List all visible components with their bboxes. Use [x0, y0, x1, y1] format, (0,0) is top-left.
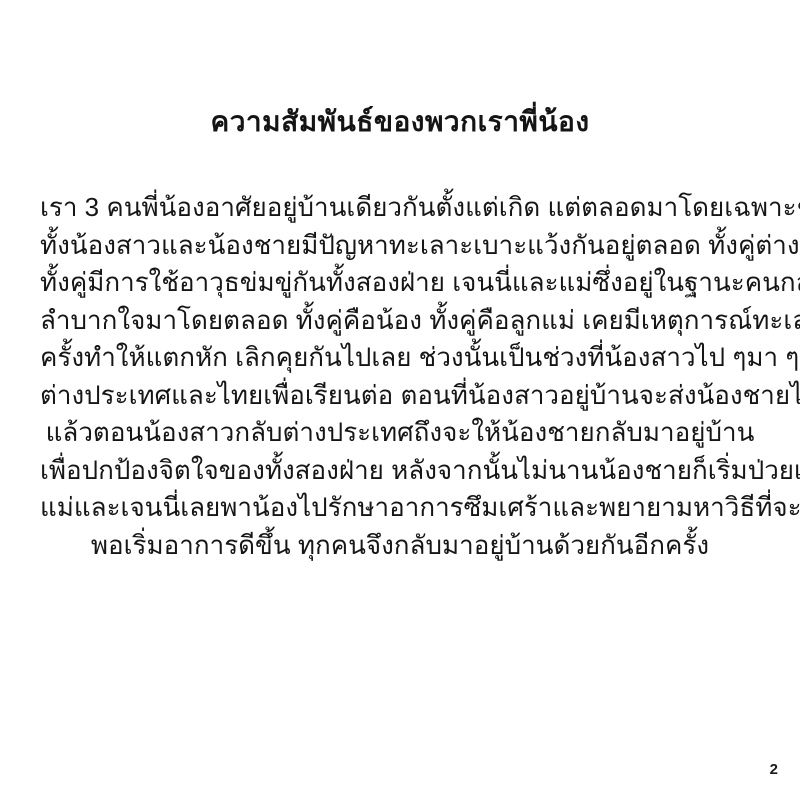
body-line: แม่และเจนนี่เลยพาน้องไปรักษาอาการซึมเศร้…: [40, 489, 760, 527]
body-line: พอเริ่มอาการดีขึ้น ทุกคนจึงกลับมาอยู่บ้า…: [40, 527, 760, 565]
document-page: ความสัมพันธ์ของพวกเราพี่น้อง เรา 3 คนพี่…: [0, 0, 800, 800]
body-line: ต่างประเทศและไทยเพื่อเรียนต่อ ตอนที่น้อง…: [40, 377, 760, 415]
body-line: เพื่อปกป้องจิตใจของทั้งสองฝ่าย หลังจากนั…: [40, 452, 760, 490]
body-line: ลำบากใจมาโดยตลอด ทั้งคู่คือน้อง ทั้งคู่ค…: [40, 302, 760, 340]
body-line: เรา 3 คนพี่น้องอาศัยอยู่บ้านเดียวกันตั้ง…: [40, 189, 760, 227]
body-line: ทั้งคู่มีการใช้อาวุธข่มขู่กันทั้งสองฝ่าย…: [40, 264, 760, 302]
body-line: แล้วตอนน้องสาวกลับต่างประเทศถึงจะให้น้อง…: [40, 414, 760, 452]
body-line: ทั้งน้องสาวและน้องชายมีปัญหาทะเลาะเบาะแว…: [40, 227, 760, 265]
body-text: เรา 3 คนพี่น้องอาศัยอยู่บ้านเดียวกันตั้ง…: [40, 189, 760, 564]
page-number: 2: [770, 761, 778, 778]
body-line: ครั้งทำให้แตกหัก เลิกคุยกันไปเลย ช่วงนั้…: [40, 339, 760, 377]
page-title: ความสัมพันธ์ของพวกเราพี่น้อง: [0, 100, 800, 144]
